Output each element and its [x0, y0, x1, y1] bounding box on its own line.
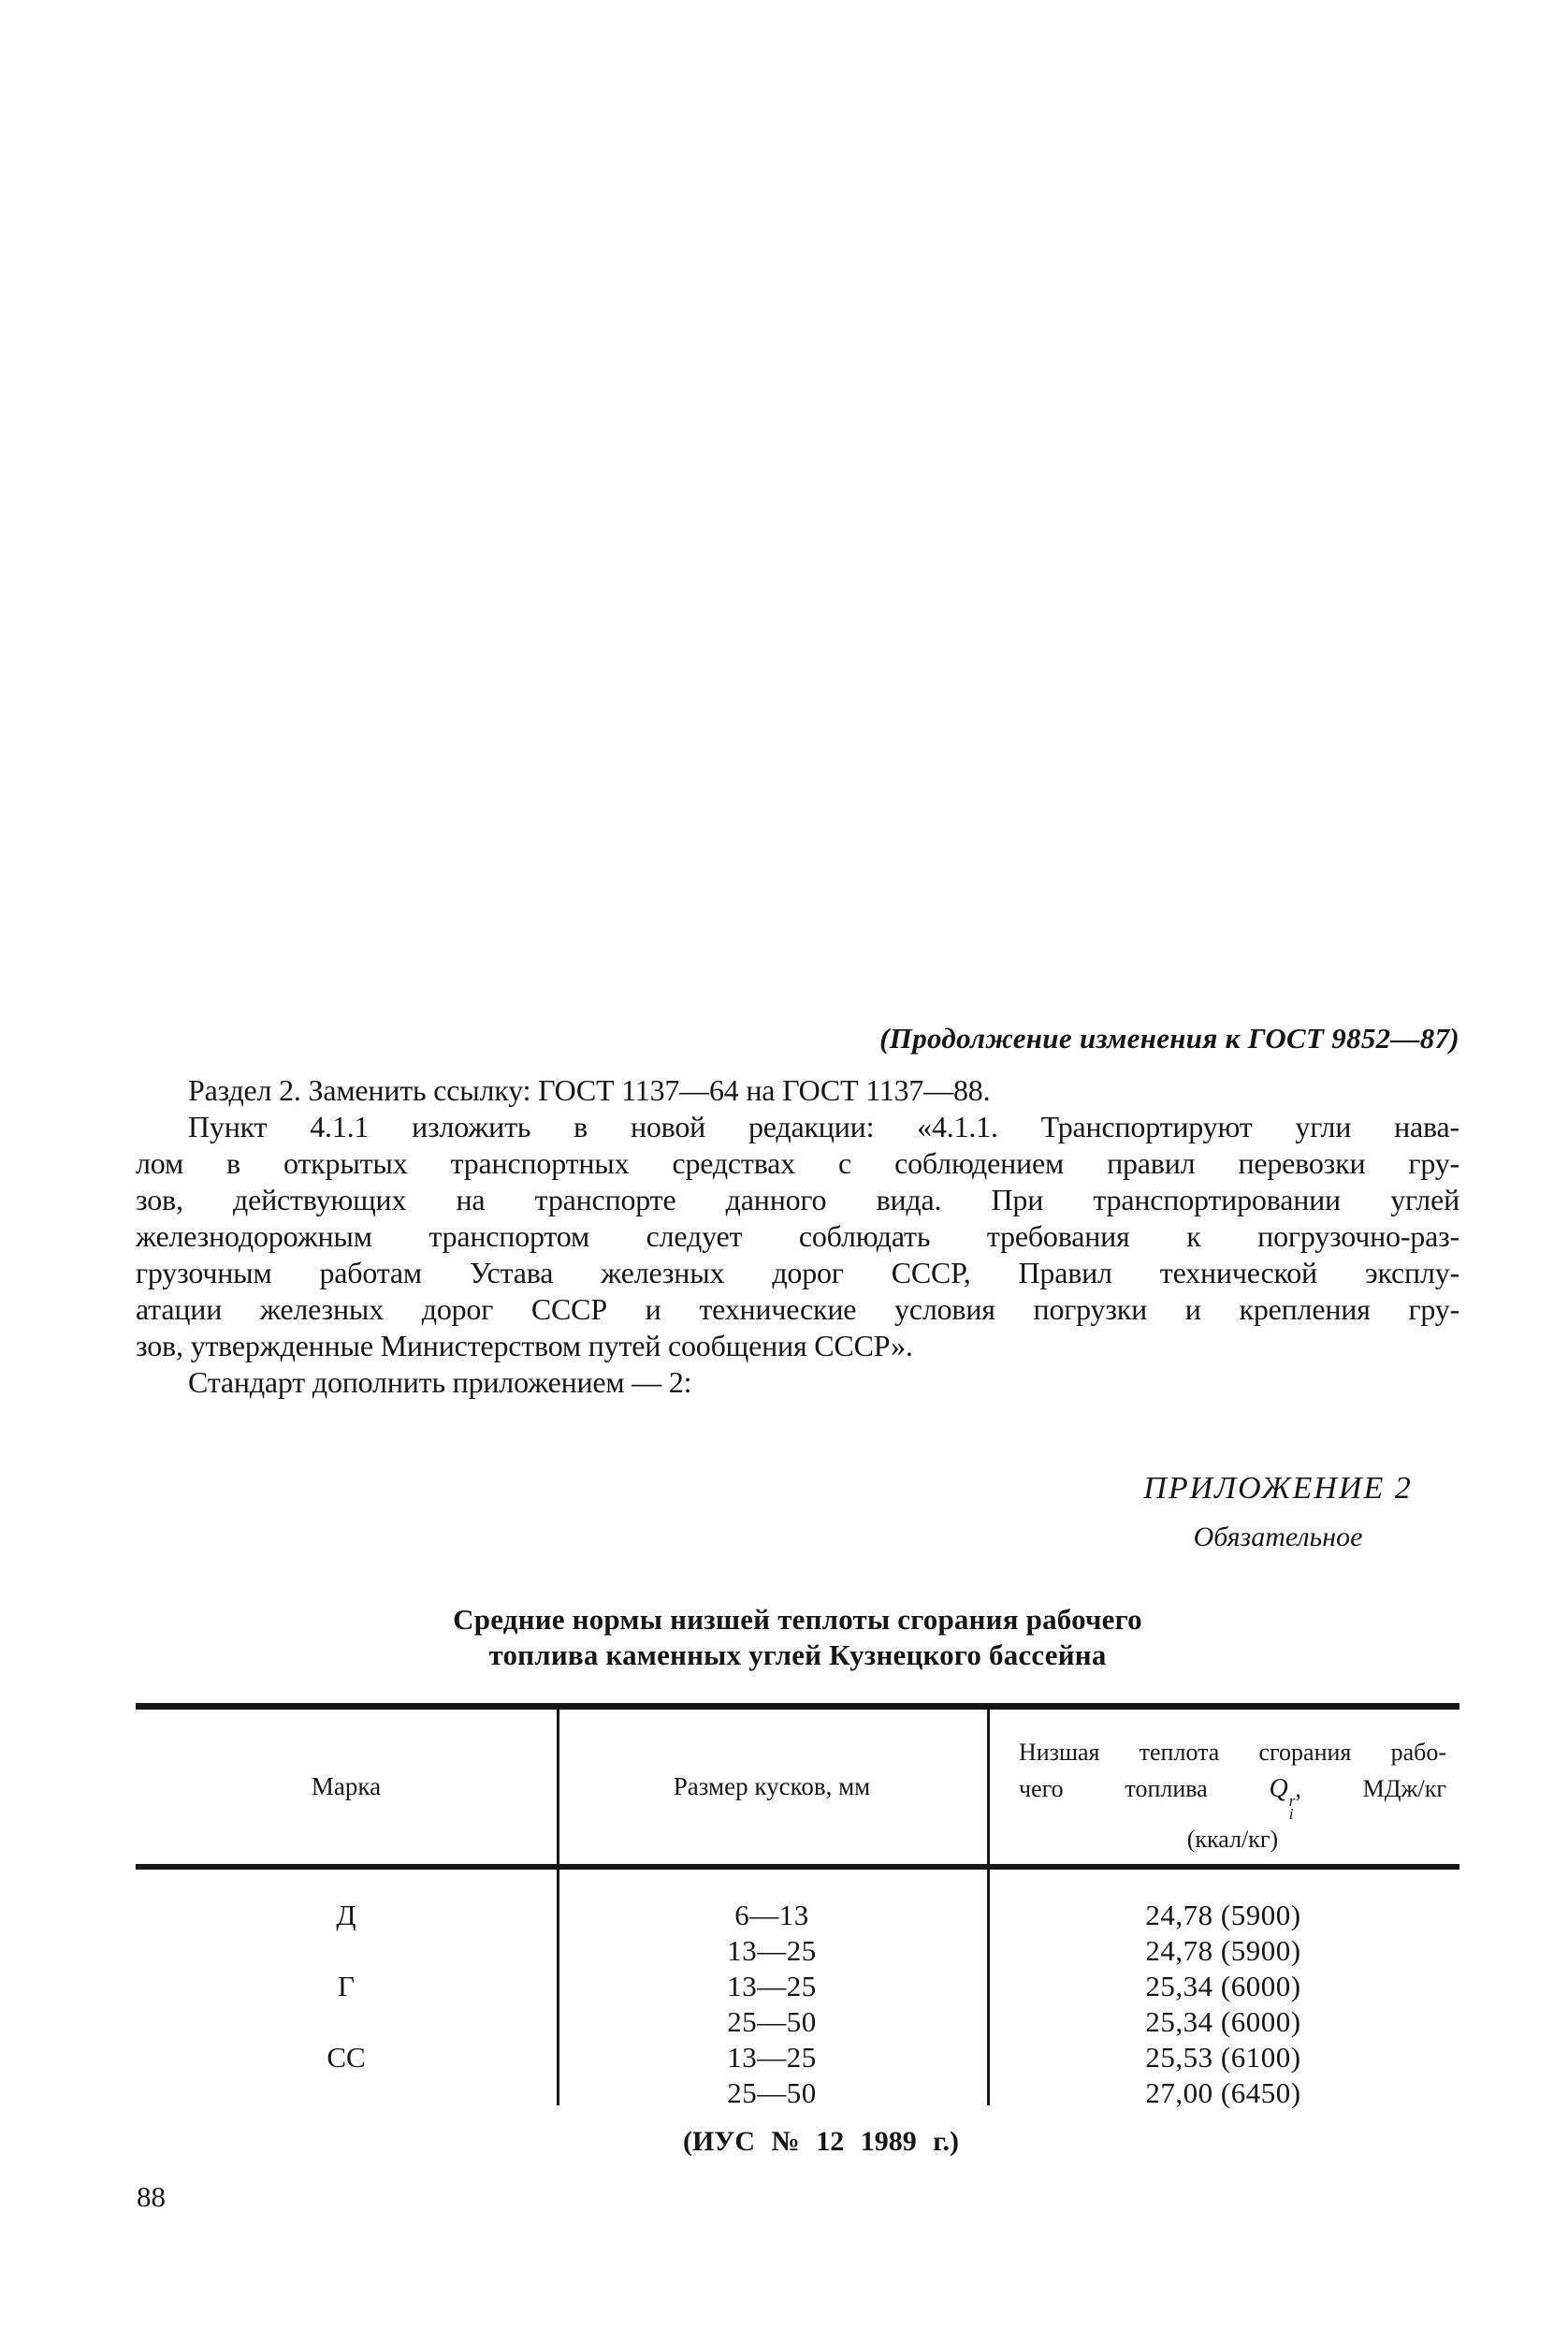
table-header-row: Марка Размер кусков, мм Низшая теплота с… [136, 1710, 1459, 1864]
paragraph-standard-addendum: Стандарт дополнить приложением — 2: [136, 1364, 1459, 1401]
text-line: железнодорожным транспортом следует собл… [136, 1218, 1459, 1255]
table-title-line2: топлива каменных углей Кузнецкого бассей… [136, 1638, 1459, 1673]
amendment-text: Раздел 2. Заменить ссылку: ГОСТ 1137—64 … [136, 1072, 1459, 1401]
text-line: Пункт 4.1.1 изложить в новой редакции: «… [136, 1109, 1459, 1145]
q-subscript: i [1289, 1808, 1294, 1821]
column-rule [987, 1710, 990, 2105]
table-row: 13—25 24,78 (5900) [136, 1933, 1459, 1969]
column-header-mark: Марка [136, 1710, 557, 1864]
table-title-line1: Средние нормы низшей теплоты сгорания ра… [136, 1602, 1459, 1638]
paragraph-section2: Раздел 2. Заменить ссылку: ГОСТ 1137—64 … [136, 1072, 1459, 1109]
heat-header-line3: (ккал/кг) [1019, 1821, 1446, 1857]
appendix-title: ПРИЛОЖЕНИЕ 2 [1082, 1471, 1474, 1507]
text-line: грузочным работам Устава железных дорог … [136, 1255, 1459, 1291]
table-row: Д 6—13 24,78 (5900) [136, 1898, 1459, 1933]
ius-note: (ИУС № 12 1989 г.) [159, 2126, 1483, 2158]
column-rule [557, 1710, 559, 2105]
q-symbol: Qri [1270, 1775, 1296, 1802]
text-line: лом в открытых транспортных средствах с … [136, 1145, 1459, 1182]
page-number: 88 [137, 2180, 166, 2214]
column-header-heat-value: Низшая теплота сгорания рабо- чего топли… [987, 1710, 1459, 1864]
text-line: зов, утвержденные Министерством путей со… [136, 1328, 1459, 1364]
table-row: Г 13—25 25,34 (6000) [136, 1969, 1459, 2004]
appendix-heading: ПРИЛОЖЕНИЕ 2 Обязательное [1082, 1471, 1474, 1553]
heat-values-table: Марка Размер кусков, мм Низшая теплота с… [136, 1703, 1459, 2105]
header-separator-rule [136, 1864, 1459, 1870]
heat-header-line2: чего топлива Qri, МДж/кг [1019, 1770, 1446, 1821]
text-line: атации железных дорог СССР и технические… [136, 1291, 1459, 1328]
table-body: Д 6—13 24,78 (5900) 13—25 24,78 (5900) Г… [136, 1864, 1459, 2111]
continuation-note: (Продолжение изменения к ГОСТ 9852—87) [879, 1022, 1459, 1056]
text-line: зов, действующих на транспорте данного в… [136, 1182, 1459, 1218]
table-row: 25—50 27,00 (6450) [136, 2075, 1459, 2111]
appendix-subtitle: Обязательное [1082, 1521, 1474, 1553]
table-row: СС 13—25 25,53 (6100) [136, 2040, 1459, 2075]
heat-header-line1: Низшая теплота сгорания рабо- [1019, 1734, 1446, 1770]
table-row: 25—50 25,34 (6000) [136, 2004, 1459, 2040]
document-page: (Продолжение изменения к ГОСТ 9852—87) Р… [0, 0, 1568, 2344]
column-header-size: Размер кусков, мм [557, 1710, 987, 1864]
table-title: Средние нормы низшей теплоты сгорания ра… [136, 1602, 1459, 1673]
